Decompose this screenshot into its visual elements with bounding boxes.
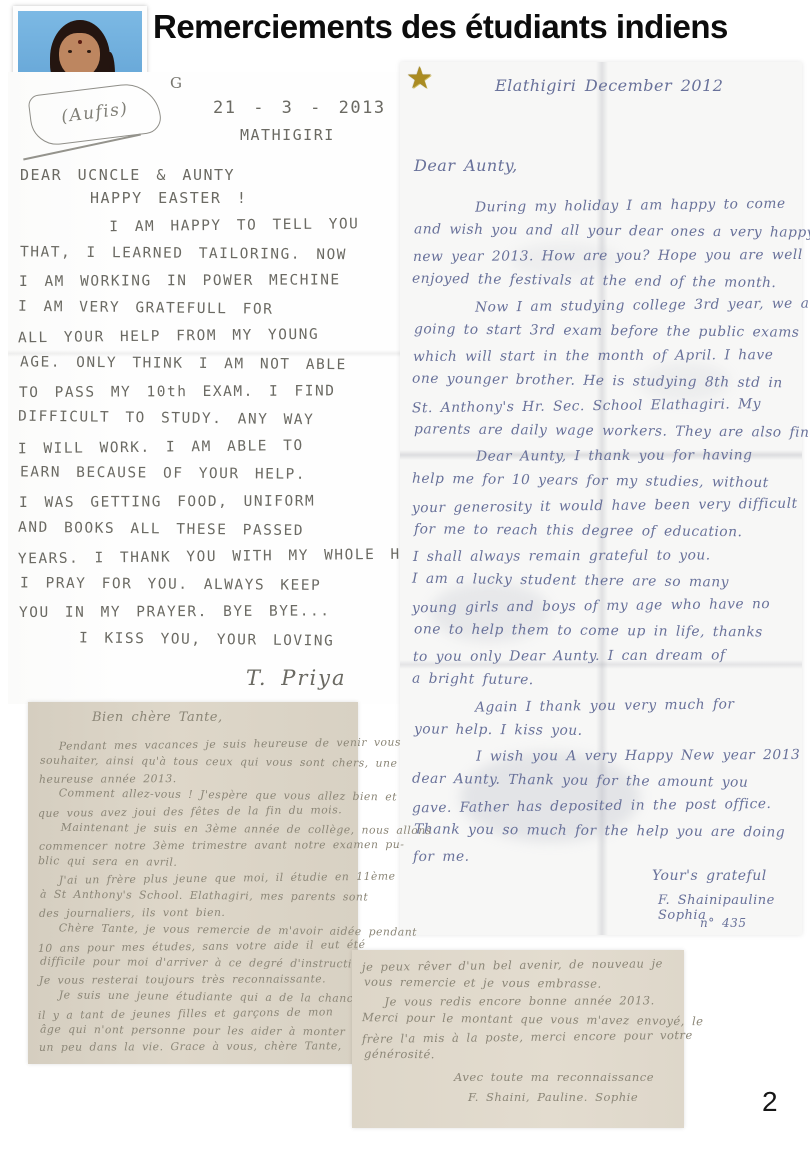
- letter-line: DIFFICULT TO STUDY. ANY WAY: [18, 409, 406, 441]
- letter-number: n° 435: [700, 916, 746, 930]
- letter-body: je peux rêver d'un bel avenir, de nouvea…: [362, 958, 678, 1066]
- letter-line: I wish you A very Happy New year 2013: [413, 747, 797, 774]
- letter-french-main: Bien chère Tante, Pendant mes vacances j…: [28, 702, 358, 1064]
- letter-closing: Your's grateful: [652, 868, 767, 884]
- letter-english-cursive: ★ Elathigiri December 2012 Dear Aunty, D…: [400, 62, 802, 935]
- letter-french-fragment: je peux rêver d'un bel avenir, de nouvea…: [352, 950, 684, 1128]
- letter-salutation-2: HAPPY EASTER !: [90, 189, 247, 207]
- letter-line: going to start 3rd exam before the publi…: [414, 321, 798, 349]
- letter-line: commencer notre 3ème trimestre avant not…: [39, 838, 355, 856]
- scribble-annotation: (Aufis): [27, 80, 162, 147]
- letter-line: AGE. ONLY THINK I AM NOT ABLE: [20, 354, 408, 385]
- letter-line: which will start in the month of April. …: [413, 347, 797, 374]
- letter-salutation: Dear Aunty,: [414, 156, 518, 175]
- letter-line: new year 2013. How are you? Hope you are…: [413, 247, 797, 274]
- page-title: Remerciements des étudiants indiens: [153, 8, 803, 46]
- letter-date: 21 - 3 - 2013: [213, 98, 386, 118]
- letter-line: Dear Aunty, I thank you for having: [413, 447, 797, 474]
- letter-line: souhaiter, ainsi qu'à tous ceux qui vous…: [40, 753, 356, 773]
- letter-line: I AM WORKING IN POWER MECHINE: [19, 272, 407, 302]
- letter-line: ALL YOUR HELP FROM MY YOUNG: [18, 326, 406, 358]
- letter-signature: F. Shaini, Pauline. Sophie: [468, 1090, 638, 1104]
- gold-star-icon: ★: [406, 64, 433, 94]
- letter-line: Maintenant je suis en 3ème année de coll…: [40, 821, 356, 841]
- letter-body: Pendant mes vacances je suis heureuse de…: [38, 738, 354, 1057]
- letter-place: MATHIGIRI: [240, 126, 335, 144]
- annotation-mark: G: [170, 74, 183, 92]
- letter-line: I PRAY FOR YOU. ALWAYS KEEP: [20, 575, 408, 606]
- letter-line: I AM HAPPY TO TELL YOU: [18, 216, 406, 248]
- letter-closing: Avec toute ma reconnaissance: [454, 1070, 654, 1084]
- scanned-page: Remerciements des étudiants indiens (Auf…: [0, 0, 810, 1155]
- letter-line: Thank you so much for the help you are d…: [414, 821, 798, 849]
- letter-line: to you only Dear Aunty. I can dream of: [413, 647, 797, 674]
- letter-line: EARN BECAUSE OF YOUR HELP.: [20, 465, 408, 496]
- letter-line: I shall always remain grateful to you.: [413, 547, 797, 574]
- letter-heading: Elathigiri December 2012: [495, 76, 723, 95]
- letter-line: one to help them to come up in life, tha…: [414, 621, 798, 649]
- letter-line: I WAS GETTING FOOD, UNIFORM: [19, 493, 407, 523]
- letter-line: THAT, I LEARNED TAILORING. NOW: [20, 244, 408, 275]
- letter-line: générosité.: [364, 1047, 680, 1068]
- page-number: 2: [762, 1086, 778, 1118]
- letter-line: un peu dans la vie. Grace à vous, chère …: [39, 1040, 355, 1058]
- letter-line: YEARS. I THANK YOU WITH MY WHOLE HEART.: [18, 547, 406, 579]
- letter-line: parents are daily wage workers. They are…: [414, 421, 798, 449]
- letter-english-caps: (Aufis) G 21 - 3 - 2013 MATHIGIRI DEAR U…: [8, 72, 408, 704]
- letter-line: for me to reach this degree of education…: [414, 521, 798, 549]
- letter-line: and wish you and all your dear ones a ve…: [414, 221, 798, 249]
- letter-line: vous remercie et je vous embrasse.: [364, 975, 680, 996]
- letter-salutation: DEAR UCNCLE & AUNTY: [20, 166, 235, 184]
- letter-signature: T. Priya: [246, 666, 347, 690]
- letter-line: I KISS YOU, YOUR LOVING: [18, 630, 406, 662]
- letter-line: your help. I kiss you.: [414, 721, 798, 749]
- letter-body: During my holiday I am happy to comeand …: [412, 198, 796, 873]
- letter-line: TO PASS MY 10th EXAM. I FIND: [19, 383, 407, 413]
- letter-line: YOU IN MY PRAYER. BYE BYE...: [19, 603, 407, 633]
- letter-salutation: Bien chère Tante,: [92, 710, 223, 725]
- letter-body: I AM HAPPY TO TELL YOUTHAT, I LEARNED TA…: [18, 218, 406, 660]
